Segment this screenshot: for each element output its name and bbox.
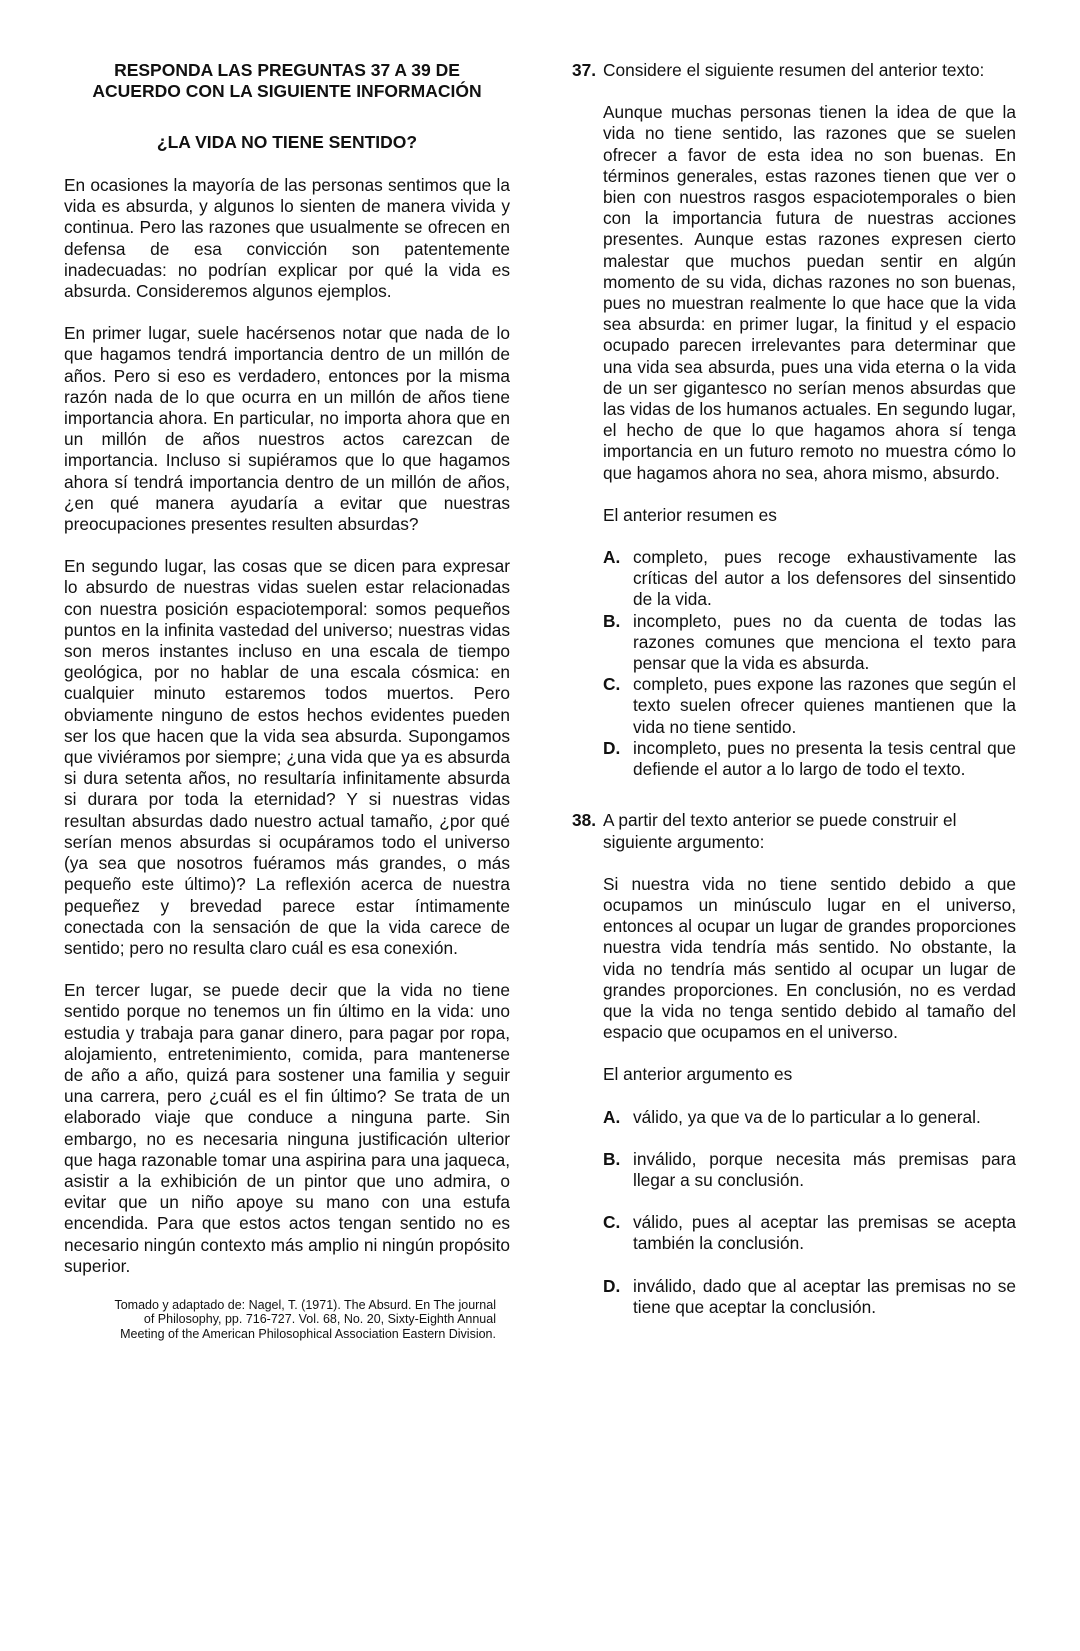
source-line-2: of Philosophy, pp. 716-727. Vol. 68, No.… [144,1312,496,1326]
option-a[interactable]: A. válido, ya que va de lo particular a … [603,1107,1016,1128]
option-letter: D. [603,1276,620,1297]
source-line-3: Meeting of the American Philosophical As… [120,1327,496,1341]
option-text: completo, pues recoge exhaustivamente la… [633,547,1016,609]
passage-title: ¿LA VIDA NO TIENE SENTIDO? [64,132,510,153]
answer-options: A. válido, ya que va de lo particular a … [603,1107,1016,1318]
option-letter: C. [603,674,620,695]
option-d[interactable]: D. incompleto, pues no presenta la tesis… [603,738,1016,780]
option-b[interactable]: B. inválido, porque necesita más premisa… [603,1149,1016,1191]
questions-column: 37. Considere el siguiente resumen del a… [572,60,1016,1339]
source-citation: Tomado y adaptado de: Nagel, T. (1971). … [64,1298,510,1342]
option-text: inválido, porque necesita más premisas p… [633,1149,1016,1190]
question-number: 37. [572,60,596,81]
option-text: inválido, dado que al aceptar las premis… [633,1276,1016,1317]
question-37: 37. Considere el siguiente resumen del a… [572,60,1016,780]
question-prompt: El anterior resumen es [603,505,1016,526]
option-c[interactable]: C. completo, pues expone las razones que… [603,674,1016,738]
question-38: 38. A partir del texto anterior se puede… [572,810,1016,1318]
option-text: válido, pues al aceptar las premisas se … [633,1212,1016,1253]
option-b[interactable]: B. incompleto, pues no da cuenta de toda… [603,611,1016,675]
option-text: incompleto, pues no presenta la tesis ce… [633,738,1016,779]
option-letter: B. [603,1149,620,1170]
option-letter: D. [603,738,620,759]
option-letter: A. [603,547,620,568]
option-text: completo, pues expone las razones que se… [633,674,1016,736]
source-line-1: Tomado y adaptado de: Nagel, T. (1971). … [114,1298,496,1312]
question-stem: A partir del texto anterior se puede con… [603,810,1016,852]
passage-paragraph-1: En ocasiones la mayoría de las personas … [64,175,510,302]
option-a[interactable]: A. completo, pues recoge exhaustivamente… [603,547,1016,611]
argument-excerpt: Si nuestra vida no tiene sentido debido … [603,874,1016,1044]
option-d[interactable]: D. inválido, dado que al aceptar las pre… [603,1276,1016,1318]
instructions-line-2: ACUERDO CON LA SIGUIENTE INFORMACIÓN [92,81,481,101]
passage-paragraph-4: En tercer lugar, se puede decir que la v… [64,980,510,1277]
option-letter: A. [603,1107,620,1128]
option-text: incompleto, pues no da cuenta de todas l… [633,611,1016,673]
option-letter: C. [603,1212,620,1233]
reading-passage-column: RESPONDA LAS PREGUNTAS 37 A 39 DE ACUERD… [64,60,510,1341]
passage-paragraph-3: En segundo lugar, las cosas que se dicen… [64,556,510,959]
option-c[interactable]: C. válido, pues al aceptar las premisas … [603,1212,1016,1254]
option-letter: B. [603,611,620,632]
answer-options: A. completo, pues recoge exhaustivamente… [603,547,1016,780]
summary-excerpt: Aunque muchas personas tienen la idea de… [603,102,1016,484]
option-text: válido, ya que va de lo particular a lo … [633,1107,981,1127]
question-number: 38. [572,810,596,831]
passage-paragraph-2: En primer lugar, suele hacérsenos notar … [64,323,510,535]
question-prompt: El anterior argumento es [603,1064,1016,1085]
question-stem: Considere el siguiente resumen del anter… [603,60,1016,81]
instructions-line-1: RESPONDA LAS PREGUNTAS 37 A 39 DE [114,60,460,80]
instructions-heading: RESPONDA LAS PREGUNTAS 37 A 39 DE ACUERD… [64,60,510,102]
